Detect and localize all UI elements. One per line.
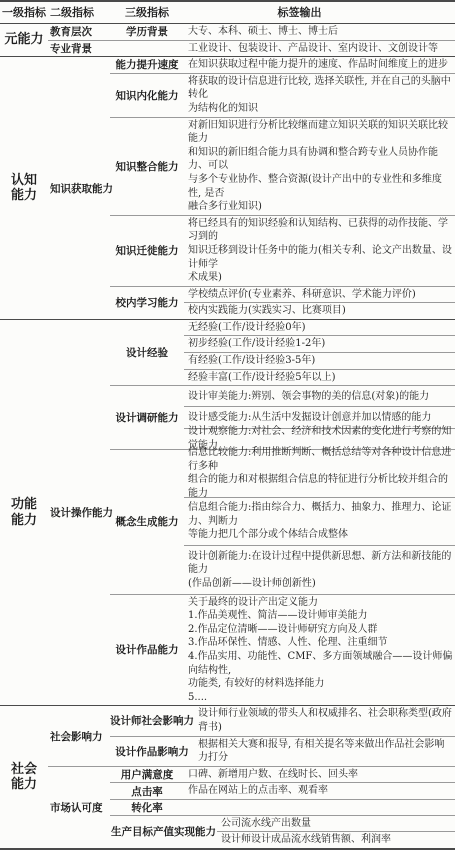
section-label: 功能 能力: [0, 320, 48, 705]
output-text: [184, 806, 190, 808]
table-row: 能力提升速度 在知识获取过程中能力提升的速度、作品时间维度上的进步: [110, 57, 455, 73]
output-text: 初步经验(工作/设计经验1-2年): [184, 336, 327, 352]
output-item: 在知识获取过程中能力提升的速度、作品时间维度上的进步: [184, 57, 455, 73]
header-level2-indicator: 二级指标: [48, 4, 110, 20]
table-row: 工业设计、包装设计、产品设计、室内设计、文创设计等: [110, 41, 455, 57]
table-row: 知识迁徙能力 将已经具有的知识经验和认知结构、已获得的动作技能、学习到的 知识迁…: [110, 215, 455, 286]
output-text: 在知识获取过程中能力提升的速度、作品时间维度上的进步: [184, 57, 450, 73]
table-row: 生产目标产值实现能力 公司流水线产出数量 设计师设计成品流水线销售额、利润率: [110, 815, 455, 848]
output-item: 设计师设计成品流水线销售额、利润率: [217, 831, 455, 848]
output-item: 对新旧知识进行分析比较继而建立知识关联的知识关联比较能力 和知识的新旧组合能力具…: [184, 118, 455, 215]
row-label: 设计调研能力: [110, 386, 184, 448]
row-label: 概念生成能力: [110, 450, 184, 594]
output-text: 无经验(工作/设计经验0年): [184, 320, 308, 336]
output-item: 关于最终的设计产出定义能力 1.作品美观性、简洁——设计师审美能力 2.作品定位…: [184, 595, 455, 706]
row-label: 校内学习能力: [110, 287, 184, 319]
output-text: 大专、本科、硕士、博士、博士后: [184, 24, 340, 40]
group-education-level: 教育层次 学历背景 大专、本科、硕士、博士、博士后: [48, 24, 455, 40]
output-item: 将已经具有的知识经验和认知结构、已获得的动作技能、学习到的 知识迁移到设计任务中…: [184, 216, 455, 286]
table-row: 知识整合能力 对新旧知识进行分析比较继而建立知识关联的知识关联比较能力 和知识的…: [110, 117, 455, 215]
output-item: 有经验(工作/设计经验3-5年): [184, 352, 455, 369]
row-label: 点击率: [110, 783, 184, 799]
output-text: 有经验(工作/设计经验3-5年): [184, 353, 317, 369]
output-text: 根据相关大赛和报导, 有相关提名等来做出作品社会影响力打分: [194, 737, 455, 766]
table-row: 学历背景 大专、本科、硕士、博士、博士后: [110, 24, 455, 40]
output-item: 将获取的设计信息进行比较, 选择关联性, 并在自己的头脑中转化 为结构化的知识: [184, 74, 455, 117]
table-row: 设计经验 无经验(工作/设计经验0年) 初步经验(工作/设计经验1-2年) 有经…: [110, 320, 455, 385]
group-label: 专业背景: [48, 41, 110, 57]
table-row: 设计作品影响力 根据相关大赛和报导, 有相关提名等来做出作品社会影响力打分: [110, 736, 455, 766]
output-text: 将已经具有的知识经验和认知结构、已获得的动作技能、学习到的 知识迁移到设计任务中…: [184, 216, 455, 286]
output-text: 学校绩点评价(专业素养、科研意识、学术能力评价): [184, 287, 418, 303]
output-text: 信息比较能力:利用推断判断、概括总结等对各种设计信息进行多种 组合的能力和对根据…: [184, 445, 455, 501]
output-text: 将获取的设计信息进行比较, 选择关联性, 并在自己的头脑中转化 为结构化的知识: [184, 74, 455, 117]
output-text: 信息组合能力:指由综合力、概括力、抽象力、推理力、论证力、判断力 等能力把几个部…: [184, 500, 455, 543]
group-label: 市场认可度: [48, 767, 110, 848]
section-functional-ability: 功能 能力 设计操作能力 设计经验 无经验(工作/设计经验0年) 初步经验(工作…: [0, 319, 455, 705]
section-cognitive-ability: 认知 能力 知识获取能力 能力提升速度 在知识获取过程中能力提升的速度、作品时间…: [0, 56, 455, 319]
output-text: 校内实践能力(实践实习、比赛项目): [184, 303, 348, 319]
row-label: 知识整合能力: [110, 118, 184, 215]
group-label: 知识获取能力: [48, 57, 110, 319]
output-text: 公司流水线产出数量: [217, 816, 313, 832]
table-row: 设计调研能力 设计审美能力:辨别、领会事物的美的信息(对象)的能力 设计感受能力…: [110, 385, 455, 448]
output-item: 作品在网站上的点击率、观看率: [184, 783, 455, 799]
row-label: 设计作品能力: [110, 595, 184, 706]
table-row: 校内学习能力 学校绩点评价(专业素养、科研意识、学术能力评价) 校内实践能力(实…: [110, 286, 455, 319]
output-text: 设计师行业领域的带头人和权威排名、社会职称类型(政府背书): [194, 706, 455, 735]
row-label: 学历背景: [110, 24, 184, 40]
table-row: 点击率 作品在网站上的点击率、观看率: [110, 782, 455, 799]
output-item: 根据相关大赛和报导, 有相关提名等来做出作品社会影响力打分: [194, 737, 455, 766]
table-row: 概念生成能力 信息比较能力:利用推断判断、概括总结等对各种设计信息进行多种 组合…: [110, 449, 455, 594]
output-item: 信息比较能力:利用推断判断、概括总结等对各种设计信息进行多种 组合的能力和对根据…: [184, 450, 455, 497]
table-row: 设计作品能力 关于最终的设计产出定义能力 1.作品美观性、简洁——设计师审美能力…: [110, 594, 455, 706]
row-label: 设计作品影响力: [110, 737, 194, 766]
header-level1-indicator: 一级指标: [0, 4, 48, 20]
output-item: [184, 800, 455, 815]
output-text: 设计创新能力:在设计过程中提供新思想、新方法和新技能的能力 (作品创新——设计师…: [184, 549, 455, 592]
output-item: 工业设计、包装设计、产品设计、室内设计、文创设计等: [184, 41, 455, 57]
row-label-empty: [110, 41, 184, 57]
output-item: 设计创新能力:在设计过程中提供新思想、新方法和新技能的能力 (作品创新——设计师…: [184, 545, 455, 593]
header-level3-indicator: 三级指标: [110, 4, 184, 20]
table-header: 一级指标 二级指标 三级指标 标签输出: [0, 2, 455, 24]
output-text: 对新旧知识进行分析比较继而建立知识关联的知识关联比较能力 和知识的新旧组合能力具…: [184, 118, 455, 215]
row-label: 知识迁徙能力: [110, 216, 184, 286]
section-label: 认知 能力: [0, 57, 48, 319]
section-meta-ability: 元能力 教育层次 学历背景 大专、本科、硕士、博士、博士后 专业背景: [0, 24, 455, 56]
output-item: 信息组合能力:指由综合力、概括力、抽象力、推理力、论证力、判断力 等能力把几个部…: [184, 497, 455, 545]
row-label: 设计经验: [110, 320, 184, 385]
output-item: 设计审美能力:辨别、领会事物的美的信息(对象)的能力: [184, 386, 455, 406]
row-label: 能力提升速度: [110, 57, 184, 73]
output-item: 校内实践能力(实践实习、比赛项目): [184, 302, 455, 319]
output-text: 设计感受能力:从生活中发掘设计创意并加以情感的能力: [184, 410, 433, 426]
row-label: 生产目标产值实现能力: [110, 816, 217, 848]
table-row: 转化率: [110, 799, 455, 815]
group-label: 教育层次: [48, 24, 110, 40]
row-label: 设计师社会影响力: [110, 706, 194, 735]
group-major-background: 专业背景 工业设计、包装设计、产品设计、室内设计、文创设计等: [48, 40, 455, 57]
output-text: 口碑、新增用户数、在线时长、回头率: [184, 767, 360, 783]
output-item: 学校绩点评价(专业素养、科研意识、学术能力评价): [184, 287, 455, 303]
group-design-operation: 设计操作能力 设计经验 无经验(工作/设计经验0年) 初步经验(工作/设计经验1…: [48, 320, 455, 705]
row-label: 转化率: [110, 800, 184, 815]
group-label: 社会影响力: [48, 706, 110, 765]
section-label: 社会 能力: [0, 706, 48, 848]
table-row: 设计师社会影响力 设计师行业领域的带头人和权威排名、社会职称类型(政府背书): [110, 706, 455, 735]
output-item: 大专、本科、硕士、博士、博士后: [184, 24, 455, 40]
group-social-influence: 社会影响力 设计师社会影响力 设计师行业领域的带头人和权威排名、社会职称类型(政…: [48, 706, 455, 765]
output-item: 经验丰富(工作/设计经验5年以上): [184, 369, 455, 386]
output-item: 设计师行业领域的带头人和权威排名、社会职称类型(政府背书): [194, 706, 455, 735]
output-item: 口碑、新增用户数、在线时长、回头率: [184, 767, 455, 783]
row-label: 知识内化能力: [110, 74, 184, 117]
header-label-output: 标签输出: [184, 4, 455, 20]
output-text: 设计审美能力:辨别、领会事物的美的信息(对象)的能力: [184, 389, 431, 405]
table-row: 知识内化能力 将获取的设计信息进行比较, 选择关联性, 并在自己的头脑中转化 为…: [110, 73, 455, 117]
section-social-ability: 社会 能力 社会影响力 设计师社会影响力 设计师行业领域的带头人和权威排名、社会…: [0, 705, 455, 848]
output-text: 关于最终的设计产出定义能力 1.作品美观性、简洁——设计师审美能力 2.作品定位…: [184, 595, 455, 706]
group-market-recognition: 市场认可度 用户满意度 口碑、新增用户数、在线时长、回头率 点击率 作品在网站上…: [48, 766, 455, 848]
output-text: 设计师设计成品流水线销售额、利润率: [217, 832, 393, 848]
output-item: 公司流水线产出数量: [217, 816, 455, 832]
output-text: 经验丰富(工作/设计经验5年以上): [184, 370, 338, 386]
group-knowledge-acquisition: 知识获取能力 能力提升速度 在知识获取过程中能力提升的速度、作品时间维度上的进步…: [48, 57, 455, 319]
row-label: 用户满意度: [110, 767, 184, 783]
output-item: 初步经验(工作/设计经验1-2年): [184, 335, 455, 352]
indicator-table: 一级指标 二级指标 三级指标 标签输出 元能力 教育层次 学历背景 大专、本科、…: [0, 0, 455, 850]
output-item: 无经验(工作/设计经验0年): [184, 320, 455, 336]
group-label: 设计操作能力: [48, 320, 110, 705]
section-label: 元能力: [0, 24, 48, 56]
table-row: 用户满意度 口碑、新增用户数、在线时长、回头率: [110, 767, 455, 783]
output-text: 作品在网站上的点击率、观看率: [184, 783, 330, 799]
output-text: 工业设计、包装设计、产品设计、室内设计、文创设计等: [184, 41, 440, 57]
